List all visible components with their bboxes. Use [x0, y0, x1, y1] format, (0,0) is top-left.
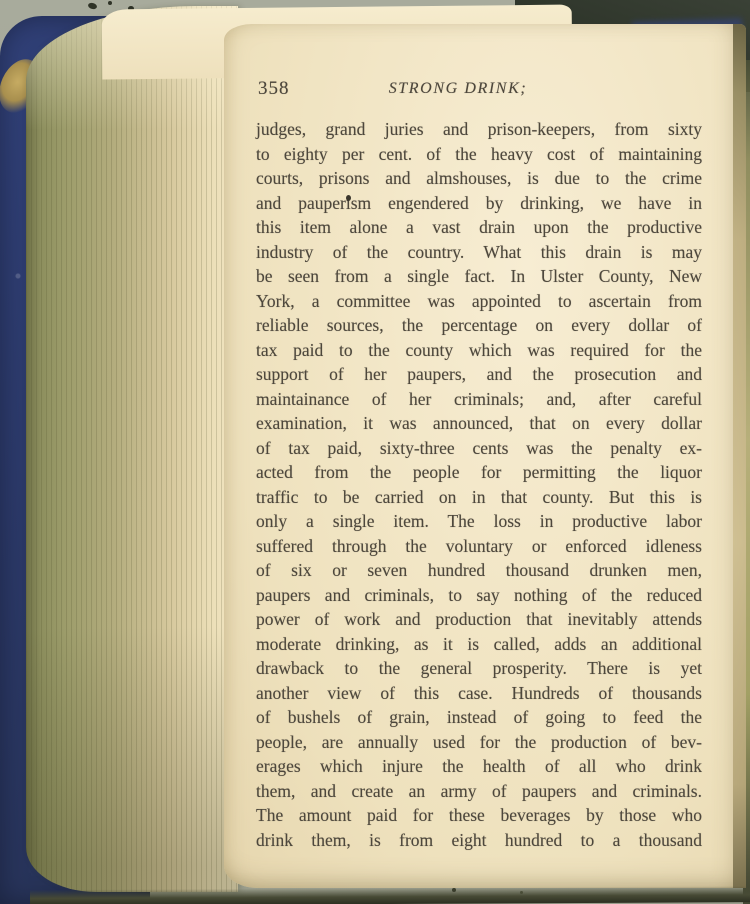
text-line: and pauperism engendered by drinking, we… [256, 191, 702, 216]
text-line: of bushels of grain, instead of going to… [256, 705, 702, 730]
text-line: acted from the people for permitting the… [256, 460, 702, 485]
text-line: another view of this case. Hundreds of t… [256, 681, 702, 706]
text-line: moderate drinking, as it is called, adds… [256, 632, 702, 657]
bottom-page-shadow [30, 876, 750, 904]
text-line: this item alone a vast drain upon the pr… [256, 215, 702, 240]
text-line: power of work and production that inevit… [256, 607, 702, 632]
text-line: to eighty per cent. of the heavy cost of… [256, 142, 702, 167]
text-line: erages which injure the health of all wh… [256, 754, 702, 779]
book-scan-photo: 358 STRONG DRINK; judges, grand juries a… [0, 0, 750, 904]
text-line: reliable sources, the percentage on ever… [256, 313, 702, 338]
text-line: courts, prisons and almshouses, is due t… [256, 166, 702, 191]
dust-speck [108, 1, 112, 5]
text-line: York, a committee was appointed to ascer… [256, 289, 702, 314]
text-line: examination, it was announced, that on e… [256, 411, 702, 436]
text-line: drink them, is from eight hundred to a t… [256, 828, 702, 853]
page-edges-fan [26, 6, 238, 892]
text-line: paupers and criminals, to say nothing of… [256, 583, 702, 608]
text-line: people, are annually used for the produc… [256, 730, 702, 755]
text-line: of tax paid, sixty-three cents was the p… [256, 436, 702, 461]
text-line: industry of the country. What this drain… [256, 240, 702, 265]
text-line: maintainance of her criminals; and, afte… [256, 387, 702, 412]
ink-blot [346, 195, 351, 201]
dust-speck [520, 891, 523, 894]
page-header: 358 STRONG DRINK; [256, 78, 702, 100]
text-line: drawback to the general prosperity. Ther… [256, 656, 702, 681]
text-line: be seen from a single fact. In Ulster Co… [256, 264, 702, 289]
text-line: traffic to be carried on in that county.… [256, 485, 702, 510]
text-line: suffered through the voluntary or enforc… [256, 534, 702, 559]
text-line: The amount paid for these beverages by t… [256, 803, 702, 828]
text-line: judges, grand juries and prison-keepers,… [256, 117, 702, 142]
text-line: them, and create an army of paupers and … [256, 779, 702, 804]
page-right-edge [733, 24, 746, 888]
dust-speck [452, 888, 456, 892]
text-line: tax paid to the county which was require… [256, 338, 702, 363]
page-text: judges, grand juries and prison-keepers,… [256, 117, 702, 852]
book-page: 358 STRONG DRINK; judges, grand juries a… [224, 24, 746, 888]
text-line: support of her paupers, and the prosecut… [256, 362, 702, 387]
running-title: STRONG DRINK; [256, 80, 660, 98]
text-line: only a single item. The loss in producti… [256, 509, 702, 534]
text-line: of six or seven hundred thousand drunken… [256, 558, 702, 583]
